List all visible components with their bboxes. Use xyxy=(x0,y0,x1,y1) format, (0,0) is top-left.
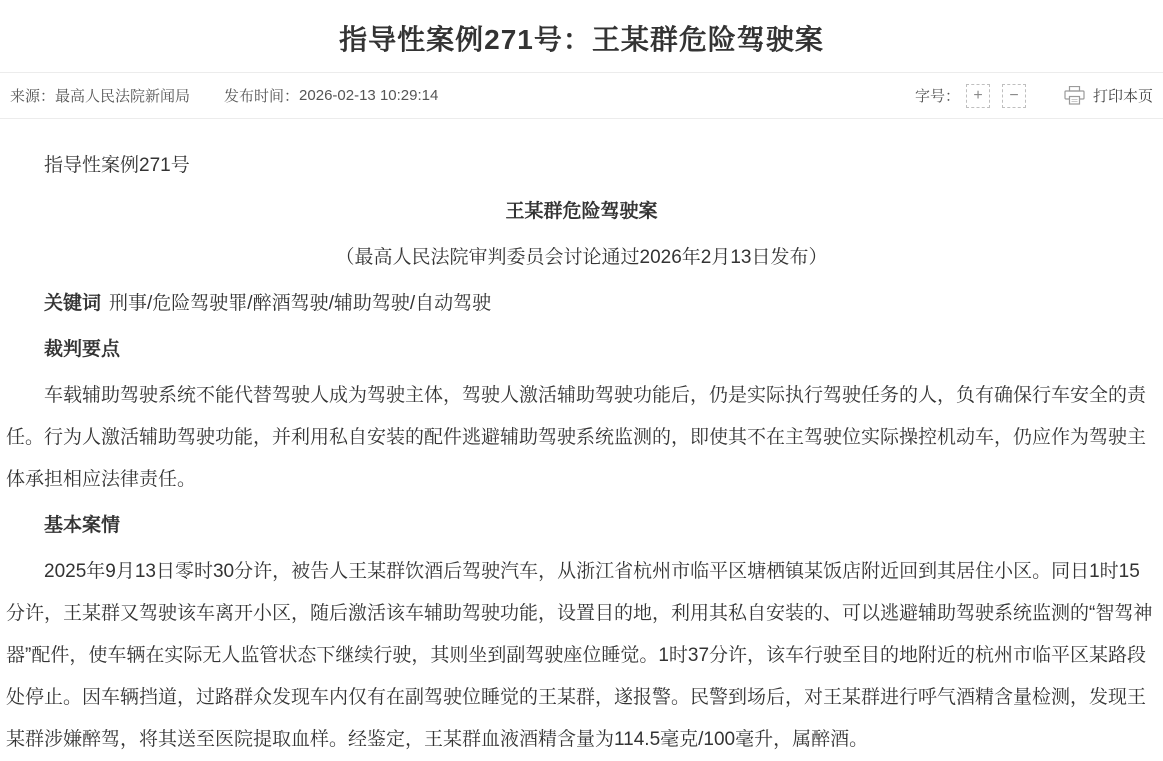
page-title: 指导性案例271号：王某群危险驾驶案 xyxy=(0,0,1163,72)
font-increase-button[interactable]: + xyxy=(966,84,990,108)
judgment-points-paragraph: 车载辅助驾驶系统不能代替驾驶人成为驾驶主体，驾驶人激活辅助驾驶功能后，仍是实际执… xyxy=(6,375,1157,501)
case-title: 王某群危险驾驶案 xyxy=(6,191,1157,233)
meta-bar: 来源： 最高人民法院新闻局 发布时间： 2026-02-13 10:29:14 … xyxy=(0,72,1163,119)
keywords-value: 刑事/危险驾驶罪/醉酒驾驶/辅助驾驶/自动驾驶 xyxy=(109,293,491,314)
printer-icon xyxy=(1064,86,1085,105)
keywords-label: 关键词 xyxy=(44,293,101,314)
case-number: 指导性案例271号 xyxy=(6,145,1157,187)
keywords-line: 关键词刑事/危险驾驶罪/醉酒驾驶/辅助驾驶/自动驾驶 xyxy=(6,283,1157,325)
source-meta: 来源： 最高人民法院新闻局 xyxy=(10,85,190,106)
case-subtitle: （最高人民法院审判委员会讨论通过2026年2月13日发布） xyxy=(6,237,1157,279)
source-value: 最高人民法院新闻局 xyxy=(55,85,190,106)
section-heading-judgment-points: 裁判要点 xyxy=(6,329,1157,371)
source-label: 来源： xyxy=(10,85,55,106)
publish-time-label: 发布时间： xyxy=(224,85,299,106)
fontsize-label: 字号： xyxy=(915,85,960,106)
publish-time-meta: 发布时间： 2026-02-13 10:29:14 xyxy=(224,85,438,106)
meta-left-group: 来源： 最高人民法院新闻局 发布时间： 2026-02-13 10:29:14 xyxy=(10,85,438,106)
font-decrease-button[interactable]: − xyxy=(1002,84,1026,108)
meta-right-group: 字号： + − 打印本页 xyxy=(915,84,1153,108)
publish-time-value: 2026-02-13 10:29:14 xyxy=(299,87,438,104)
print-page-button[interactable]: 打印本页 xyxy=(1064,85,1153,106)
section-heading-basic-facts: 基本案情 xyxy=(6,505,1157,547)
basic-facts-paragraph: 2025年9月13日零时30分许，被告人王某群饮酒后驾驶汽车，从浙江省杭州市临平… xyxy=(6,551,1157,761)
print-page-label: 打印本页 xyxy=(1093,85,1153,106)
article-body: 指导性案例271号 王某群危险驾驶案 （最高人民法院审判委员会讨论通过2026年… xyxy=(0,145,1163,761)
